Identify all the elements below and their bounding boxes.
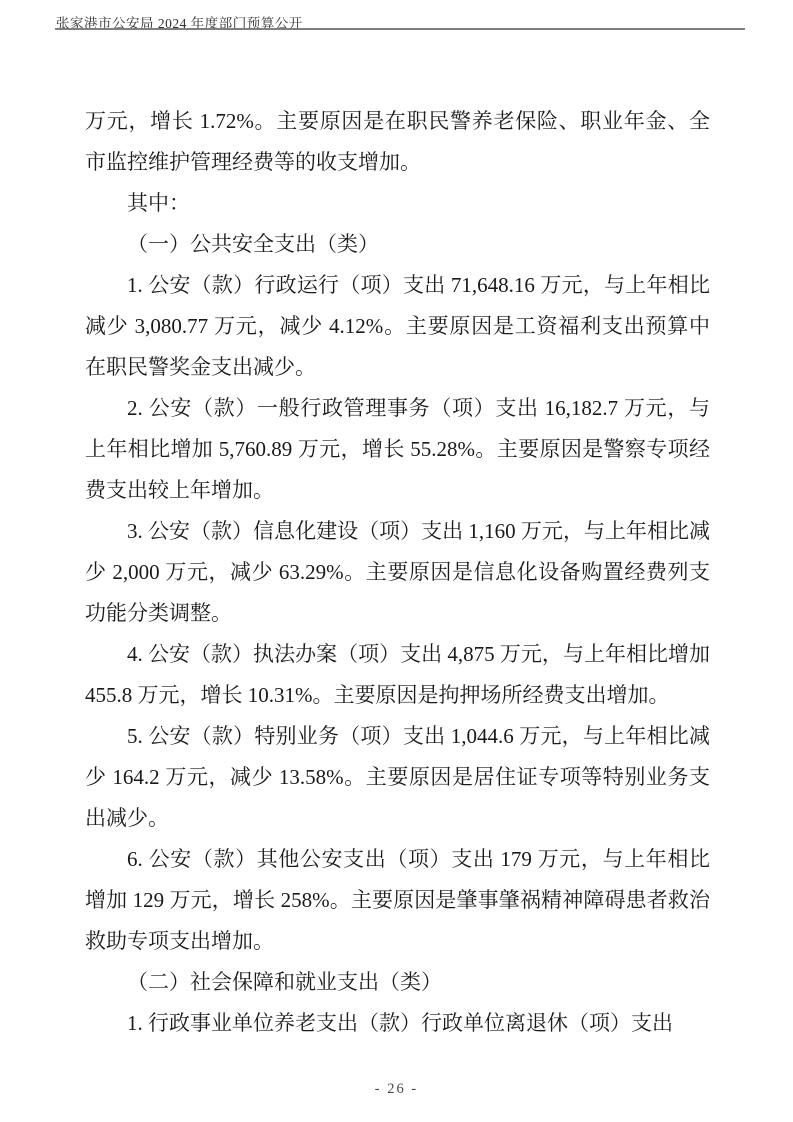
- paragraph: 5. 公安（款）特别业务（项）支出 1,044.6 万元，与上年相比减少 164…: [85, 716, 710, 839]
- paragraph: 1. 公安（款）行政运行（项）支出 71,648.16 万元，与上年相比减少 3…: [85, 265, 710, 388]
- paragraph: 2. 公安（款）一般行政管理事务（项）支出 16,182.7 万元，与上年相比增…: [85, 388, 710, 511]
- paragraph: 其中：: [85, 183, 710, 224]
- header-rule: [55, 28, 745, 30]
- paragraph: 6. 公安（款）其他公安支出（项）支出 179 万元，与上年相比增加 129 万…: [85, 839, 710, 962]
- paragraph: 1. 行政事业单位养老支出（款）行政单位离退休（项）支出: [85, 1003, 710, 1044]
- paragraph: 3. 公安（款）信息化建设（项）支出 1,160 万元，与上年相比减少 2,00…: [85, 511, 710, 634]
- paragraph: 4. 公安（款）执法办案（项）支出 4,875 万元，与上年相比增加 455.8…: [85, 634, 710, 716]
- paragraph-section-heading: （一）公共安全支出（类）: [85, 224, 710, 265]
- paragraph-section-heading: （二）社会保障和就业支出（类）: [85, 962, 710, 1003]
- page-number: - 26 -: [375, 1081, 418, 1097]
- document-body: 万元，增长 1.72%。主要原因是在职民警养老保险、职业年金、全市监控维护管理经…: [85, 101, 710, 1044]
- document-page: 张家港市公安局 2024 年度部门预算公开 万元，增长 1.72%。主要原因是在…: [0, 0, 793, 1122]
- paragraph: 万元，增长 1.72%。主要原因是在职民警养老保险、职业年金、全市监控维护管理经…: [85, 101, 710, 183]
- page-footer: - 26 -: [0, 1081, 793, 1098]
